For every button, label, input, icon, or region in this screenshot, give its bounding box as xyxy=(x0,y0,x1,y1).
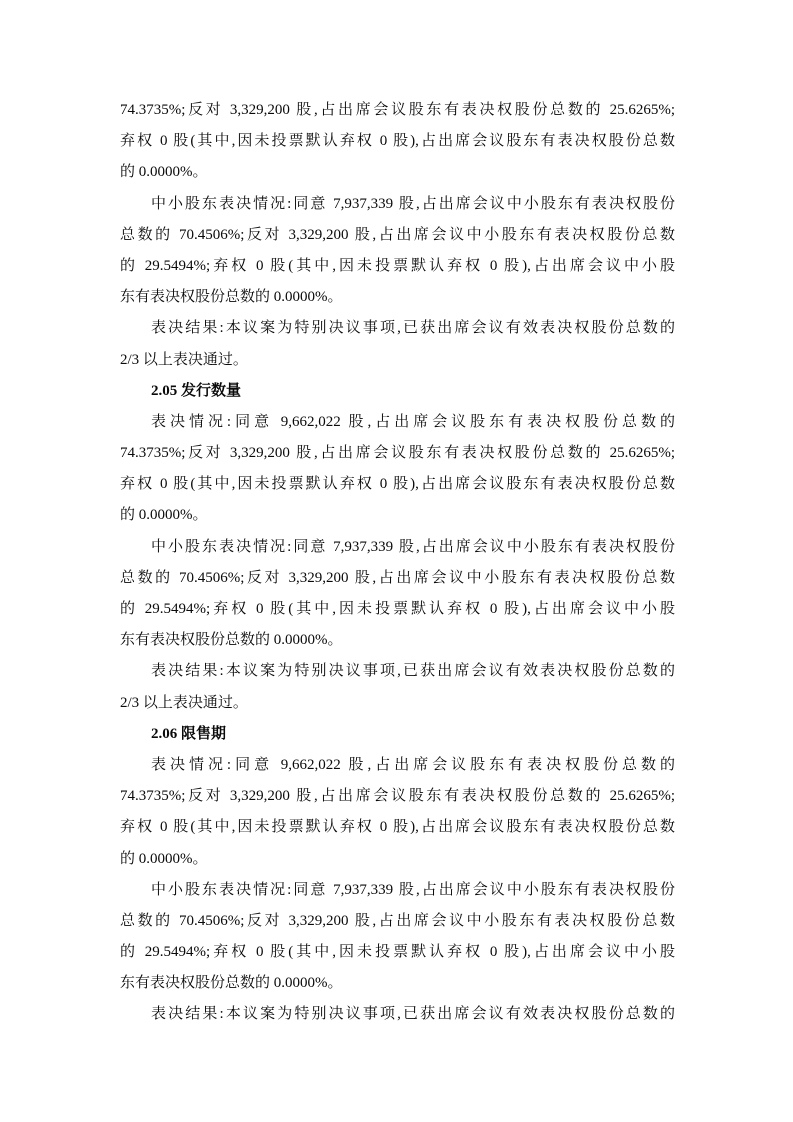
text-line: 的 0.0000%。 xyxy=(120,844,675,875)
text-line: 中小股东表决情况:同意 7,937,339 股,占出席会议中小股东有表决权股份 xyxy=(120,532,675,563)
text-line: 的 0.0000%。 xyxy=(120,500,675,531)
text-line: 74.3735%;反对 3,329,200 股,占出席会议股东有表决权股份总数的… xyxy=(120,438,675,469)
text-line: 表决结果:本议案为特别决议事项,已获出席会议有效表决权股份总数的 xyxy=(120,656,675,687)
text-line: 弃权 0 股(其中,因未投票默认弃权 0 股),占出席会议股东有表决权股份总数 xyxy=(120,126,675,157)
text-line: 表决结果:本议案为特别决议事项,已获出席会议有效表决权股份总数的 xyxy=(120,313,675,344)
text-line: 的 29.5494%;弃权 0 股(其中,因未投票默认弃权 0 股),占出席会议… xyxy=(120,251,675,282)
text-line: 74.3735%;反对 3,329,200 股,占出席会议股东有表决权股份总数的… xyxy=(120,781,675,812)
section-heading: 2.05 发行数量 xyxy=(120,376,675,407)
document-body: 74.3735%;反对 3,329,200 股,占出席会议股东有表决权股份总数的… xyxy=(120,95,675,1031)
document-page: 74.3735%;反对 3,329,200 股,占出席会议股东有表决权股份总数的… xyxy=(0,0,793,1122)
text-line: 表决情况:同意 9,662,022 股,占出席会议股东有表决权股份总数的 xyxy=(120,750,675,781)
text-line: 中小股东表决情况:同意 7,937,339 股,占出席会议中小股东有表决权股份 xyxy=(120,875,675,906)
text-line: 东有表决权股份总数的 0.0000%。 xyxy=(120,968,675,999)
text-line: 东有表决权股份总数的 0.0000%。 xyxy=(120,625,675,656)
text-line: 弃权 0 股(其中,因未投票默认弃权 0 股),占出席会议股东有表决权股份总数 xyxy=(120,469,675,500)
text-line: 表决情况:同意 9,662,022 股,占出席会议股东有表决权股份总数的 xyxy=(120,407,675,438)
text-line: 的 29.5494%;弃权 0 股(其中,因未投票默认弃权 0 股),占出席会议… xyxy=(120,594,675,625)
text-line: 东有表决权股份总数的 0.0000%。 xyxy=(120,282,675,313)
text-line: 2/3 以上表决通过。 xyxy=(120,345,675,376)
text-line: 的 29.5494%;弃权 0 股(其中,因未投票默认弃权 0 股),占出席会议… xyxy=(120,937,675,968)
text-line: 总数的 70.4506%;反对 3,329,200 股,占出席会议中小股东有表决… xyxy=(120,906,675,937)
text-line: 中小股东表决情况:同意 7,937,339 股,占出席会议中小股东有表决权股份 xyxy=(120,189,675,220)
text-line: 的 0.0000%。 xyxy=(120,157,675,188)
section-heading: 2.06 限售期 xyxy=(120,719,675,750)
text-line: 表决结果:本议案为特别决议事项,已获出席会议有效表决权股份总数的 xyxy=(120,999,675,1030)
text-line: 74.3735%;反对 3,329,200 股,占出席会议股东有表决权股份总数的… xyxy=(120,95,675,126)
text-line: 2/3 以上表决通过。 xyxy=(120,688,675,719)
text-line: 总数的 70.4506%;反对 3,329,200 股,占出席会议中小股东有表决… xyxy=(120,220,675,251)
text-line: 总数的 70.4506%;反对 3,329,200 股,占出席会议中小股东有表决… xyxy=(120,563,675,594)
text-line: 弃权 0 股(其中,因未投票默认弃权 0 股),占出席会议股东有表决权股份总数 xyxy=(120,812,675,843)
